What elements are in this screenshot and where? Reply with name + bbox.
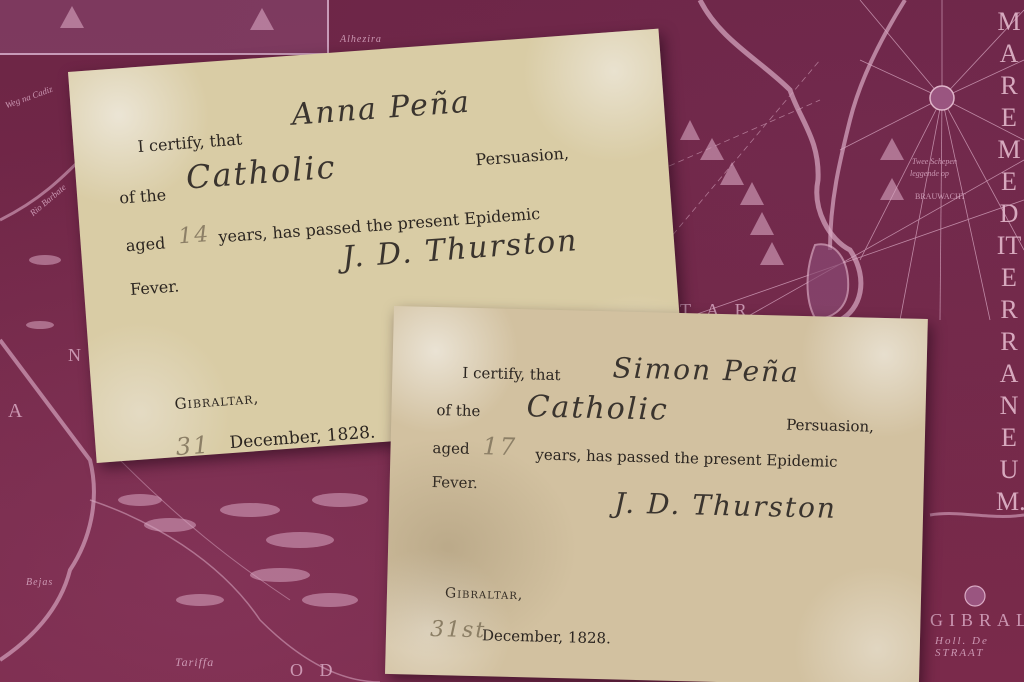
map-label-od: O D xyxy=(290,660,339,681)
map-label-letter-n: N xyxy=(68,345,87,366)
fever-label: Fever. xyxy=(129,276,179,299)
handwritten-day: 31st xyxy=(430,617,487,643)
map-label-bejas: Bejas xyxy=(26,577,53,588)
handwritten-religion: Catholic xyxy=(185,148,338,197)
handwritten-religion: Catholic xyxy=(526,389,669,427)
map-label-gibraltar: GIBRALTAR xyxy=(930,610,1024,631)
certify-prefix: I certify, that xyxy=(462,364,561,384)
map-label-tariffa: Tariffa xyxy=(175,655,214,670)
aged-label: aged xyxy=(432,439,469,458)
fever-label: Fever. xyxy=(431,473,478,492)
certify-prefix: I certify, that xyxy=(137,129,243,156)
signature: J. D. Thurston xyxy=(614,486,837,524)
certificate-card-simon: I certify, that Simon Peña of the Cathol… xyxy=(385,306,928,682)
handwritten-day: 31 xyxy=(175,431,212,461)
place-label: Gibraltar, xyxy=(445,585,524,603)
map-label-strait: Holl. De STRAAT xyxy=(935,635,1024,659)
persuasion-label: Persuasion, xyxy=(475,144,570,170)
handwritten-name: Anna Peña xyxy=(290,85,472,133)
of-the-label: of the xyxy=(436,401,480,420)
aged-label: aged xyxy=(125,233,166,255)
persuasion-label: Persuasion, xyxy=(786,416,874,436)
date-text: December, 1828. xyxy=(482,626,611,647)
map-label-ships-note-2: leggende op xyxy=(910,169,949,178)
handwritten-age: 17 xyxy=(482,432,517,461)
map-title-mare-mediterraneum: MARE MEDITERRANEUM. xyxy=(996,6,1022,518)
handwritten-age: 14 xyxy=(177,222,211,249)
years-text: years, has passed the present Epidemic xyxy=(535,446,838,471)
place-label: Gibraltar, xyxy=(174,389,260,413)
map-label-ships-note-1: Twee Schepen xyxy=(912,157,957,166)
handwritten-name: Simon Peña xyxy=(612,351,800,389)
map-label-ships-note-3: BRAUWACHT xyxy=(915,192,966,201)
map-label-letter-a: A xyxy=(8,400,28,423)
map-label-alhezira: Alhezira xyxy=(340,34,382,45)
of-the-label: of the xyxy=(119,185,167,207)
